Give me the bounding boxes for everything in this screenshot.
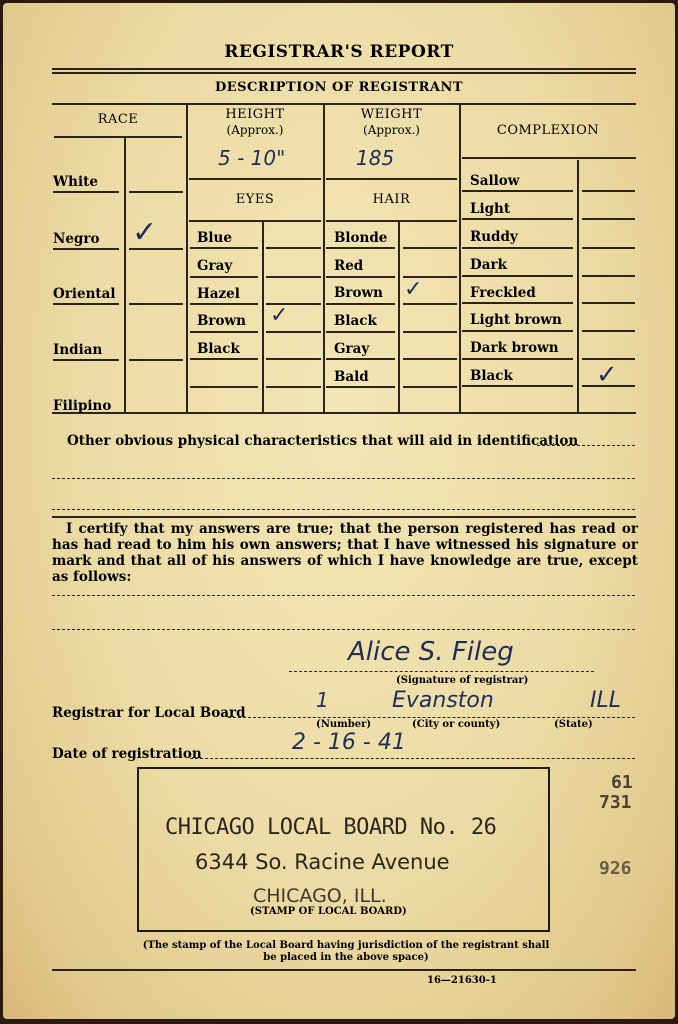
complexion-check-rule-4 <box>582 275 635 277</box>
registrar-signature[interactable]: Alice S. Fileg <box>348 637 514 667</box>
side-number-2: 731 <box>599 792 632 813</box>
hair-check-rule-1 <box>403 247 457 249</box>
race-check-rule-oriental <box>129 303 183 305</box>
hair-red[interactable]: Red <box>334 258 363 274</box>
complexion-dark[interactable]: Dark <box>470 257 507 273</box>
hair-check-rule-4 <box>403 331 457 333</box>
height-value[interactable]: 5 - 10" <box>218 146 285 170</box>
race-check-rule-negro <box>129 248 183 250</box>
side-number-1: 61 <box>611 772 633 793</box>
hair-blonde[interactable]: Blonde <box>334 230 387 246</box>
eyes-check-rule-4 <box>266 331 321 333</box>
footer-rule <box>52 969 636 971</box>
complexion-rule-7 <box>462 358 573 360</box>
hair-check-rule-5 <box>403 358 457 360</box>
col-divider-weight <box>459 104 461 412</box>
race-rule-oriental <box>53 303 119 305</box>
number-label: (Number) <box>316 719 371 730</box>
hair-black[interactable]: Black <box>334 313 377 329</box>
signature-line <box>289 671 594 672</box>
col-divider-height <box>323 104 325 412</box>
hair-rule-6 <box>326 386 395 388</box>
hair-rule-5 <box>326 358 395 360</box>
complexion-light-brown[interactable]: Light brown <box>470 312 562 328</box>
complexion-rule-6 <box>462 330 573 332</box>
state-label: (State) <box>554 719 593 730</box>
stamp-board-name: CHICAGO LOCAL BOARD No. 26 <box>165 815 496 840</box>
hair-rule-4 <box>326 331 395 333</box>
stamp-address: 6344 So. Racine Avenue <box>195 850 450 874</box>
date-line <box>190 758 635 759</box>
eyes-rule-6 <box>190 386 258 388</box>
weight-approx: (Approx.) <box>325 123 458 137</box>
side-number-3: 926 <box>599 858 632 879</box>
complexion-sallow[interactable]: Sallow <box>470 173 519 189</box>
weight-header: WEIGHT <box>325 107 458 122</box>
board-city-value[interactable]: Evanston <box>392 688 494 713</box>
eyes-black[interactable]: Black <box>197 341 240 357</box>
table-bottom-rule <box>52 412 636 414</box>
date-registration-value[interactable]: 2 - 16 - 41 <box>292 730 406 755</box>
title-rule-2 <box>52 72 636 74</box>
section-rule <box>52 516 636 518</box>
race-white[interactable]: White <box>53 174 98 190</box>
signature-label: (Signature of registrar) <box>396 675 528 686</box>
stamp-city: CHICAGO, ILL. <box>253 885 387 907</box>
certification-text: I certify that my answers are true; that… <box>52 521 638 585</box>
height-rule <box>189 178 321 180</box>
hair-rule-3 <box>326 303 395 305</box>
other-characteristics-line-1[interactable] <box>537 445 635 446</box>
other-characteristics-line-3[interactable] <box>52 509 635 510</box>
complexion-black[interactable]: Black <box>470 368 513 384</box>
city-county-label: (City or county) <box>412 719 500 730</box>
hair-gray[interactable]: Gray <box>334 341 369 357</box>
race-header-rule <box>54 136 182 138</box>
height-header: HEIGHT <box>188 107 322 122</box>
complexion-check-col <box>577 160 579 412</box>
eyes-check-rule-5 <box>266 358 321 360</box>
eyes-check-rule-1 <box>266 247 321 249</box>
eyes-check-rule-2 <box>266 276 321 278</box>
eyes-check-col <box>262 222 264 412</box>
eyes-hazel[interactable]: Hazel <box>197 286 240 302</box>
complexion-ruddy[interactable]: Ruddy <box>470 229 518 245</box>
eyes-blue[interactable]: Blue <box>197 230 232 246</box>
eyes-rule-1 <box>190 247 258 249</box>
complexion-check-rule-3 <box>582 247 635 249</box>
weight-value[interactable]: 185 <box>356 146 394 170</box>
complexion-header: COMPLEXION <box>461 123 635 138</box>
exceptions-line-2[interactable] <box>52 629 635 630</box>
race-check-col <box>124 138 126 412</box>
complexion-check-rule-7 <box>582 358 635 360</box>
race-indian[interactable]: Indian <box>53 342 102 358</box>
table-top-rule <box>52 103 636 105</box>
complexion-rule-8 <box>462 385 573 387</box>
race-rule-indian <box>53 359 119 361</box>
race-rule-white <box>53 191 119 193</box>
complexion-check-rule-5 <box>582 302 635 304</box>
hair-check-rule-6 <box>403 386 457 388</box>
form-number: 16—21630-1 <box>427 975 497 986</box>
other-characteristics-label: Other obvious physical characteristics t… <box>67 433 578 449</box>
race-rule-negro <box>53 248 119 250</box>
complexion-header-rule <box>462 157 636 159</box>
form-title: REGISTRAR'S REPORT <box>0 42 678 62</box>
eyes-rule-2 <box>190 276 258 278</box>
complexion-check-rule-1 <box>582 190 635 192</box>
complexion-rule-3 <box>462 247 573 249</box>
eyes-gray[interactable]: Gray <box>197 258 232 274</box>
complexion-check-rule-8 <box>582 385 635 387</box>
complexion-dark-brown[interactable]: Dark brown <box>470 340 559 356</box>
other-characteristics-line-2[interactable] <box>52 478 635 479</box>
hair-header-rule <box>326 220 457 222</box>
hair-check-rule-2 <box>403 276 457 278</box>
eyes-rule-4 <box>190 331 258 333</box>
local-board-line <box>228 717 635 718</box>
hair-rule-2 <box>326 276 395 278</box>
eyes-check-rule-3 <box>266 303 321 305</box>
stamp-instruction-note: (The stamp of the Local Board having jur… <box>136 940 556 964</box>
complexion-rule-5 <box>462 302 573 304</box>
hair-check-rule-3 <box>403 303 457 305</box>
complexion-check-rule-6 <box>582 330 635 332</box>
complexion-rule-2 <box>462 218 573 220</box>
hair-check-col <box>398 222 400 412</box>
complexion-check-rule-2 <box>582 218 635 220</box>
weight-rule <box>326 178 457 180</box>
eyes-rule-5 <box>190 358 258 360</box>
race-negro[interactable]: Negro <box>53 231 100 247</box>
hair-rule-1 <box>326 247 395 249</box>
col-divider-race <box>186 104 188 412</box>
eyes-rule-3 <box>190 303 258 305</box>
eyes-header: EYES <box>188 192 322 207</box>
board-state-value[interactable]: ILL <box>590 688 621 713</box>
hair-check-icon: ✓ <box>404 277 422 302</box>
registrar-local-board-label: Registrar for Local Board <box>52 705 246 721</box>
complexion-light[interactable]: Light <box>470 201 510 217</box>
complexion-rule-4 <box>462 275 573 277</box>
board-number-value[interactable]: 1 <box>316 688 329 712</box>
race-header: RACE <box>52 112 184 127</box>
complexion-rule-1 <box>462 190 573 192</box>
complexion-freckled[interactable]: Freckled <box>470 285 536 301</box>
exceptions-line-1[interactable] <box>52 595 635 596</box>
race-check-rule-white <box>129 191 183 193</box>
eyes-check-icon: ✓ <box>270 303 288 328</box>
race-check-rule-indian <box>129 359 183 361</box>
section-subtitle: DESCRIPTION OF REGISTRANT <box>0 80 678 95</box>
eyes-header-rule <box>189 220 321 222</box>
hair-header: HAIR <box>325 192 458 207</box>
eyes-check-rule-6 <box>266 386 321 388</box>
race-oriental[interactable]: Oriental <box>53 286 116 302</box>
height-approx: (Approx.) <box>188 123 322 137</box>
stamp-caption: (STAMP OF LOCAL BOARD) <box>250 906 407 917</box>
eyes-brown[interactable]: Brown <box>197 313 246 329</box>
hair-brown[interactable]: Brown <box>334 285 383 301</box>
hair-bald[interactable]: Bald <box>334 369 369 385</box>
race-filipino[interactable]: Filipino <box>53 398 111 414</box>
title-rule-1 <box>52 68 636 70</box>
race-check-icon: ✓ <box>132 215 157 250</box>
date-registration-label: Date of registration <box>52 746 202 762</box>
